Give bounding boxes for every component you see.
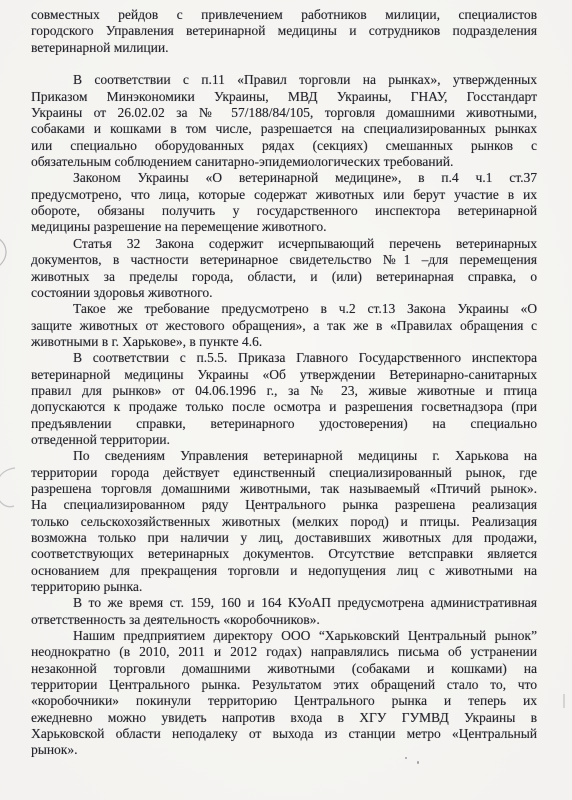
paragraph: совместных рейдов с привлечением работни…: [31, 7, 537, 56]
text-line: предъявлении справки, ветеринарного удос…: [31, 416, 537, 432]
text-line: На специализированном ряду Центрального …: [31, 497, 537, 513]
text-line: ежедневно можно увидеть напротив входа в…: [31, 710, 537, 726]
text-line: В то же время ст. 159, 160 и 164 КУоАП п…: [31, 595, 537, 611]
text-line: только сельскохозяйственных животных (ме…: [31, 514, 537, 530]
text-line: По сведениям Управления ветеринарной мед…: [31, 448, 537, 464]
text-line: животными в г. Харькове», в пункте 4.6.: [31, 334, 537, 350]
text-line: защите животных от жестового обращения»,…: [31, 318, 537, 334]
text-line: или специально оборудованных рядах (секц…: [31, 138, 537, 154]
text-line: отведенной территории.: [31, 432, 537, 448]
scan-speck: [417, 761, 419, 764]
text-line: соответствующих ветеринарных документов.…: [31, 546, 537, 562]
text-line: Приказом Минэкономики Украины, МВД Украи…: [31, 89, 537, 105]
scanned-document-page: совместных рейдов с привлечением работни…: [0, 0, 572, 800]
paragraph: В соответствии с п.11 «Правил торговли н…: [31, 72, 537, 170]
text-line: допускаются к продаже только после осмот…: [31, 399, 537, 415]
text-line: территории Центрального рынка. Результат…: [31, 677, 537, 693]
text-line: Украины от 26.02.02 за № 57/188/84/105, …: [31, 105, 537, 121]
scan-speck: [405, 757, 407, 759]
text-line: В соответствии с п.11 «Правил торговли н…: [31, 72, 537, 88]
text-line: ответственность за деятельность «коробоч…: [31, 612, 537, 628]
scan-edge-streak: [563, 694, 565, 708]
text-line: незаконной торговли домашними животными …: [31, 661, 537, 677]
text-line: Такое же требование предусмотрено в ч.2 …: [31, 301, 537, 317]
text-line: медицины разрешение на перемещение живот…: [31, 219, 537, 235]
text-line: Харьковской области неподалеку от выхода…: [31, 726, 537, 742]
document-text: совместных рейдов с привлечением работни…: [31, 7, 537, 759]
text-line: документов, в частности ветеринарное сви…: [31, 252, 537, 268]
text-line: территории города действует единственный…: [31, 465, 537, 481]
paragraph: В то же время ст. 159, 160 и 164 КУоАП п…: [31, 595, 537, 628]
paragraph: Законом Украины «О ветеринарной медицине…: [31, 170, 537, 235]
text-line: городского Управления ветеринарной медиц…: [31, 23, 537, 39]
paragraph: По сведениям Управления ветеринарной мед…: [31, 448, 537, 595]
text-line: совместных рейдов с привлечением работни…: [31, 7, 537, 23]
text-line: собаками и кошками в том числе, разрешае…: [31, 121, 537, 137]
text-line: основанием для прекращения торговли и не…: [31, 563, 537, 579]
paragraph: Статья 32 Закона содержит исчерпывающий …: [31, 236, 537, 301]
text-line: Законом Украины «О ветеринарной медицине…: [31, 170, 537, 186]
text-line: Нашим предприятием директору ООО “Харько…: [31, 628, 537, 644]
text-line: В соответствии с п.5.5. Приказа Главного…: [31, 350, 537, 366]
text-line: разрешена торговля домашними животными, …: [31, 481, 537, 497]
text-line: «коробочники» покинули территорию Центра…: [31, 693, 537, 709]
paragraph: В соответствии с п.5.5. Приказа Главного…: [31, 350, 537, 448]
text-line: обороте, обязаны получить у государствен…: [31, 203, 537, 219]
pen-mark-oval: [0, 464, 21, 512]
text-line: правил для рынков» от 04.06.1996 г., за …: [31, 383, 537, 399]
text-line: ветеринарной медицины Украины «Об утверж…: [31, 367, 537, 383]
text-line: рынок».: [31, 742, 537, 758]
paragraph: Нашим предприятием директору ООО “Харько…: [31, 628, 537, 759]
pen-mark-curve: [0, 236, 12, 268]
text-line: возможна только при наличии у лиц, доста…: [31, 530, 537, 546]
text-line: Статья 32 Закона содержит исчерпывающий …: [31, 236, 537, 252]
text-line: ветеринарной милиции.: [31, 40, 537, 56]
text-line: неоднократно (в 2010, 2011 и 2012 годах)…: [31, 644, 537, 660]
text-line: обязательным соблюдением санитарно-эпиде…: [31, 154, 537, 170]
paragraph: Такое же требование предусмотрено в ч.2 …: [31, 301, 537, 350]
text-line: состоянии здоровья животного.: [31, 285, 537, 301]
text-line: животных за пределы города, области, и (…: [31, 269, 537, 285]
text-line: предусмотрено, что лица, которые содержа…: [31, 187, 537, 203]
text-line: территорию рынка.: [31, 579, 537, 595]
